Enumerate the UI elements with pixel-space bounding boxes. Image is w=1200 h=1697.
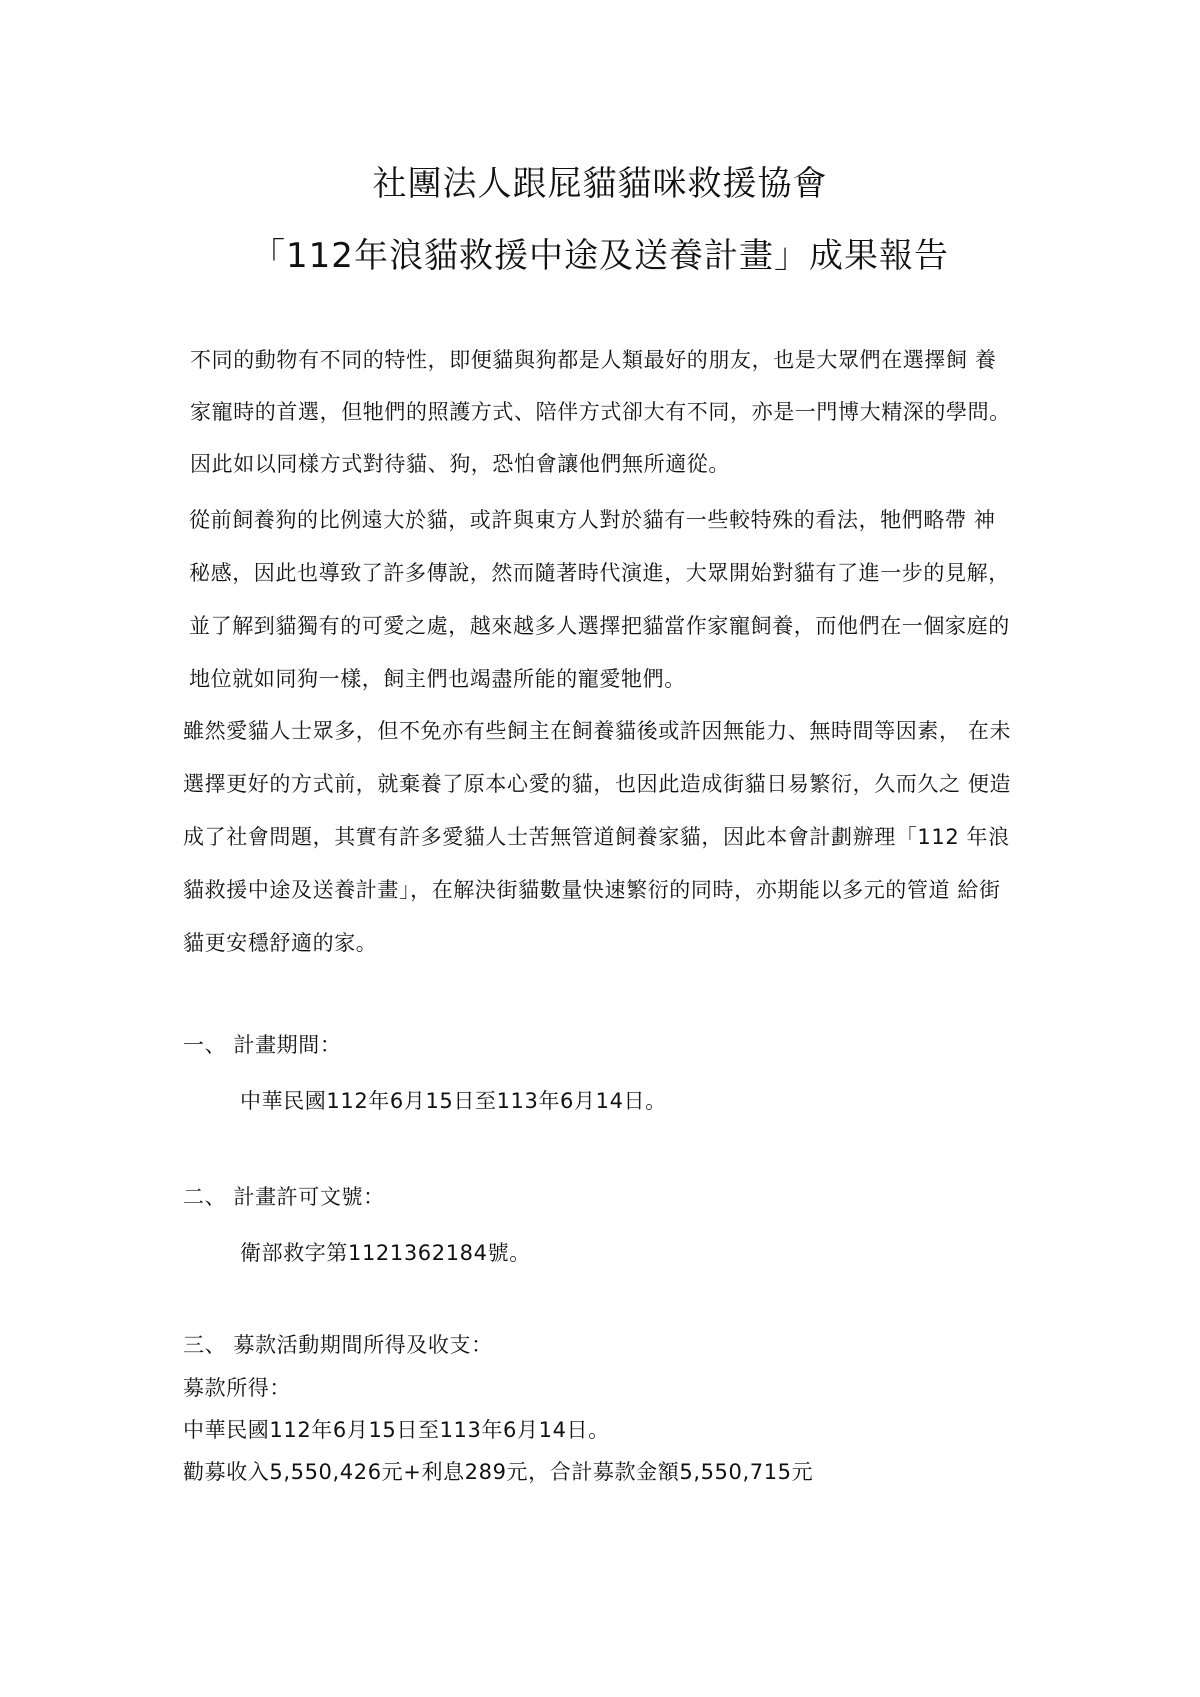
paragraph-line: 並了解到貓獨有的可愛之處，越來越多人選擇把貓當作家寵飼養，而他們在一個家庭的: [189, 612, 1010, 640]
paragraph-line: 成了社會問題，其實有許多愛貓人士苦無管道飼養家貓，因此本會計劃辦理「112 年浪: [183, 823, 1010, 851]
fundraising-label: 募款所得：: [183, 1374, 291, 1402]
paragraph-line: 貓更安穩舒適的家。: [183, 929, 377, 957]
fundraising-period: 中華民國112年6月15日至113年6月14日。: [183, 1416, 610, 1444]
paragraph-line: 地位就如同狗一樣，飼主們也竭盡所能的寵愛牠們。: [189, 665, 686, 693]
organization-title: 社團法人跟屁貓貓咪救援協會: [0, 164, 1200, 204]
fundraising-total: 勸募收入5,550,426元+利息289元，合計募款金額5,550,715元: [183, 1458, 813, 1486]
paragraph-line: 選擇更好的方式前，就棄養了原本心愛的貓，也因此造成街貓日易繁衍，久而久之 便造: [183, 770, 1011, 798]
permit-number-value: 衛部救字第1121362184號。: [240, 1239, 531, 1267]
paragraph-line: 秘感，因此也導致了許多傳說，然而隨著時代演進，大眾開始對貓有了進一步的見解，: [189, 559, 1010, 587]
section-heading: 一、 計畫期間：: [183, 1031, 341, 1059]
paragraph-line: 貓救援中途及送養計畫」，在解決街貓數量快速繁衍的同時，亦期能以多元的管道 給街: [183, 876, 1001, 904]
paragraph-line: 從前飼養狗的比例遠大於貓，或許與東方人對於貓有一些較特殊的看法，牠們略帶 神: [189, 506, 995, 534]
paragraph-line: 雖然愛貓人士眾多，但不免亦有些飼主在飼養貓後或許因無能力、無時間等因素， 在未: [183, 717, 1011, 745]
paragraph-line: 因此如以同樣方式對待貓、狗，恐怕會讓他們無所適從。: [190, 450, 730, 478]
document-page: 社團法人跟屁貓貓咪救援協會 「112年浪貓救援中途及送養計畫」成果報告 不同的動…: [0, 0, 1200, 1697]
paragraph-line: 家寵時的首選，但牠們的照護方式、陪伴方式卻大有不同，亦是一門博大精深的學問。: [190, 398, 1011, 426]
report-title: 「112年浪貓救援中途及送養計畫」成果報告: [0, 236, 1200, 276]
plan-period-value: 中華民國112年6月15日至113年6月14日。: [240, 1087, 667, 1115]
section-heading: 二、 計畫許可文號：: [183, 1183, 385, 1211]
paragraph-line: 不同的動物有不同的特性，即便貓與狗都是人類最好的朋友，也是大眾們在選擇飼 養: [190, 346, 996, 374]
section-heading: 三、 募款活動期間所得及收支：: [183, 1331, 493, 1359]
